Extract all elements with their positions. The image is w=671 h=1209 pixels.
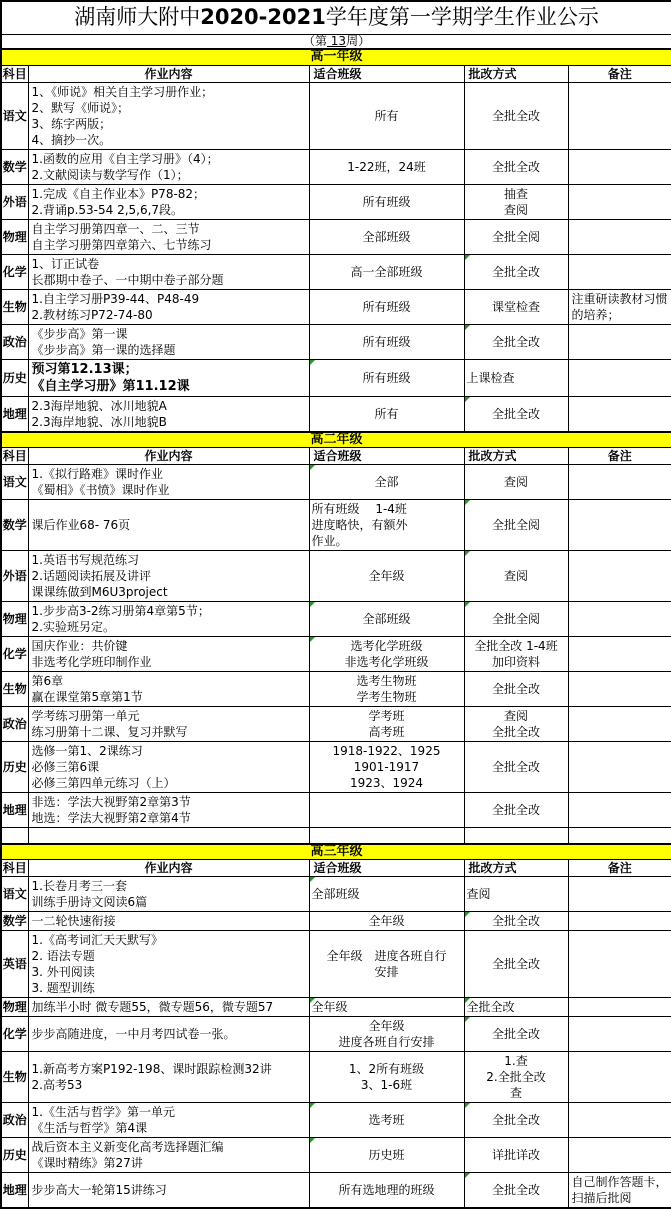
table-row: 英语1.《高考词汇天天默写》 2. 语法专题 3. 外刊阅读 3. 题型训练全年…: [1, 931, 671, 998]
table-row: 历史战后资本主义新变化高考选择题汇编 《课时精练》第27讲历史班详批详改: [1, 1138, 671, 1173]
note-cell: [568, 82, 671, 149]
cell-flag-icon: [465, 602, 470, 607]
note-cell: [568, 672, 671, 707]
grading-cell: 全批全改: [464, 1017, 568, 1052]
column-header-4: 备注: [568, 860, 671, 877]
section-row-2: 高三年级: [1, 844, 671, 860]
subject-cell: 政治: [1, 1103, 28, 1138]
table-row: 语文1、《师说》相关自主学习册作业； 2、默写《师说》； 3、练字两版； 4、摘…: [1, 82, 671, 149]
content-cell: 自主学习册第四章一、二、三节 自主学习册第四章第六、七节练习: [28, 219, 309, 254]
content-cell: 1.自主学习册P39-44、P48-49 2.教材练习P72-74-80: [28, 289, 309, 324]
classes-cell: 历史班: [309, 1138, 464, 1173]
section-band: 高三年级: [1, 844, 671, 860]
note-cell: [568, 912, 671, 931]
subject-cell: 语文: [1, 877, 28, 912]
week-number: 13: [327, 34, 346, 48]
note-cell: [568, 793, 671, 828]
column-header-1: 作业内容: [28, 860, 309, 877]
column-header-row: 科目作业内容适合班级批改方式备注: [1, 448, 671, 465]
column-header-3: 批改方式: [464, 65, 568, 82]
classes-cell: 全年级 进度各班自行 安排: [309, 931, 464, 998]
cell-flag-icon: [310, 360, 315, 365]
page-subtitle: （第 13周）: [1, 34, 671, 49]
content-cell: 1.《高考词汇天天默写》 2. 语法专题 3. 外刊阅读 3. 题型训练: [28, 931, 309, 998]
cell-flag-icon: [310, 1103, 315, 1108]
table-row: 数学一二轮快速衔接全年级全批全改: [1, 912, 671, 931]
note-cell: [568, 602, 671, 637]
content-cell: 1.完成《自主作业本》P78-82； 2.背诵p.53-54 2,5,6,7段。: [28, 184, 309, 219]
table-row: 外语1.英语书写规范练习 2.话题阅读拓展及讲评 课课练做到M6U3projec…: [1, 551, 671, 602]
grading-cell: 查阅: [464, 877, 568, 912]
note-cell: [568, 359, 671, 396]
title-rest: 学年度第一学期学生作业公示: [326, 5, 599, 29]
column-header-row: 科目作业内容适合班级批改方式备注: [1, 860, 671, 877]
table-row: 物理自主学习册第四章一、二、三节 自主学习册第四章第六、七节练习全部班级全批全阅: [1, 219, 671, 254]
grading-cell: 全批全改: [464, 1103, 568, 1138]
content-cell: 一二轮快速衔接: [28, 912, 309, 931]
content-cell: 《步步高》第一课 《步步高》第一课的选择题: [28, 324, 309, 359]
classes-cell: 所有班级: [309, 289, 464, 324]
cell-flag-icon: [310, 602, 315, 607]
content-cell: 1.函数的应用《自主学习册》（4）； 2.文献阅读与数学写作（1）；: [28, 149, 309, 184]
column-header-row: 科目作业内容适合班级批改方式备注: [1, 65, 671, 82]
table-row: 历史选修一第1、2课练习 必修三第6课 必修三第四单元练习（上）1918-192…: [1, 742, 671, 793]
column-header-0: 科目: [1, 65, 28, 82]
note-cell: [568, 1138, 671, 1173]
table-row: 地理步步高大一轮第15讲练习所有选地理的班级全批全改自己制作答题卡，扫描后批阅: [1, 1173, 671, 1209]
note-cell: [568, 742, 671, 793]
classes-cell: 全年级: [309, 912, 464, 931]
title-row: 湖南师大附中2020-2021学年度第一学期学生作业公示: [1, 1, 671, 34]
subject-cell: 化学: [1, 1017, 28, 1052]
cell-flag-icon: [465, 551, 470, 556]
table-row: 物理加练半小时 微专题55，微专题56，微专题57全年级全批全改: [1, 998, 671, 1017]
section-band: 高一年级: [1, 49, 671, 65]
subject-cell: 地理: [1, 396, 28, 432]
grading-cell: 查阅: [464, 551, 568, 602]
content-cell: 1.《拟行路难》课时作业 《蜀相》《书愤》课时作业: [28, 465, 309, 500]
classes-cell: 所有: [309, 82, 464, 149]
subject-cell: 外语: [1, 551, 28, 602]
grading-cell: 全批全改: [464, 149, 568, 184]
content-cell: 1.英语书写规范练习 2.话题阅读拓展及讲评 课课练做到M6U3project: [28, 551, 309, 602]
column-header-1: 作业内容: [28, 448, 309, 465]
spacer-row: [1, 828, 671, 844]
section-row-0: 高一年级: [1, 49, 671, 65]
grading-cell: 全批全改: [464, 793, 568, 828]
table-row: 政治1.《生活与哲学》第一单元 《生活与哲学》第4课选考班全批全改: [1, 1103, 671, 1138]
grading-cell: 全批全改: [464, 82, 568, 149]
table-row: 化学步步高随进度，一中月考四试卷一张。全年级 进度各班自行安排全批全改: [1, 1017, 671, 1052]
table-row: 政治《步步高》第一课 《步步高》第一课的选择题所有班级全批全改: [1, 324, 671, 359]
table-row: 语文1.长卷月考三一套 训练手册诗文阅读6篇全部班级查阅: [1, 877, 671, 912]
table-row: 地理2.3海岸地貌、冰川地貌A 2.3海岸地貌、冰川地貌B所有全批全改: [1, 396, 671, 432]
content-cell: 加练半小时 微专题55，微专题56，微专题57: [28, 998, 309, 1017]
note-cell: [568, 931, 671, 998]
subject-cell: 历史: [1, 742, 28, 793]
grading-cell: 查阅 全批全改: [464, 707, 568, 742]
classes-cell: 高一全部班级: [309, 254, 464, 289]
classes-cell: 1、2所有班级 3、1-6班: [309, 1052, 464, 1103]
classes-cell: 全年级 进度各班自行安排: [309, 1017, 464, 1052]
note-cell: [568, 1052, 671, 1103]
note-cell: [568, 998, 671, 1017]
column-header-4: 备注: [568, 448, 671, 465]
content-cell: 2.3海岸地貌、冰川地貌A 2.3海岸地貌、冰川地貌B: [28, 396, 309, 432]
column-header-0: 科目: [1, 860, 28, 877]
table-row: 语文1.《拟行路难》课时作业 《蜀相》《书愤》课时作业全部查阅: [1, 465, 671, 500]
grading-cell: 查阅: [464, 465, 568, 500]
classes-cell: 1-22班，24班: [309, 149, 464, 184]
subtitle-prefix: （第: [303, 34, 327, 48]
grading-cell: 全批全改: [464, 1173, 568, 1209]
homework-table-body: 湖南师大附中2020-2021学年度第一学期学生作业公示 （第 13周） 高一年…: [1, 1, 671, 1208]
classes-cell: 全部: [309, 465, 464, 500]
cell-flag-icon: [465, 397, 470, 402]
empty-cell: [464, 828, 568, 844]
column-header-2: 适合班级: [309, 860, 464, 877]
subject-cell: 数学: [1, 149, 28, 184]
section-band: 高二年级: [1, 432, 671, 448]
table-row: 数学1.函数的应用《自主学习册》（4）； 2.文献阅读与数学写作（1）；1-22…: [1, 149, 671, 184]
classes-cell: 学考班 高考班: [309, 707, 464, 742]
empty-cell: [568, 828, 671, 844]
classes-cell: 全部班级: [309, 219, 464, 254]
note-cell: [568, 149, 671, 184]
content-cell: 步步高大一轮第15讲练习: [28, 1173, 309, 1209]
subject-cell: 物理: [1, 602, 28, 637]
note-cell: [568, 707, 671, 742]
empty-cell: [1, 828, 28, 844]
section-row-1: 高二年级: [1, 432, 671, 448]
cell-flag-icon: [465, 325, 470, 330]
classes-cell: 所有: [309, 396, 464, 432]
grading-cell: 全批全阅: [464, 500, 568, 551]
classes-cell: 选考班: [309, 1103, 464, 1138]
table-row: 历史预习第12.13课； 《自主学习册》第11.12课所有班级上课检查: [1, 359, 671, 396]
subject-cell: 历史: [1, 1138, 28, 1173]
homework-table: 湖南师大附中2020-2021学年度第一学期学生作业公示 （第 13周） 高一年…: [0, 0, 671, 1209]
table-row: 物理1.步步高3-2练习册第4章第5节； 2.实验班另定。全部班级全批全阅: [1, 602, 671, 637]
note-cell: [568, 500, 671, 551]
cell-flag-icon: [310, 1138, 315, 1143]
grading-cell: 上课检查: [464, 359, 568, 396]
subject-cell: 生物: [1, 289, 28, 324]
content-cell: 预习第12.13课； 《自主学习册》第11.12课: [28, 359, 309, 396]
classes-cell: 全年级: [309, 551, 464, 602]
grading-cell: 全批全改: [464, 324, 568, 359]
classes-cell: [309, 793, 464, 828]
content-cell: 1、订正试卷 长郡期中卷子、一中期中卷子部分题: [28, 254, 309, 289]
subject-cell: 数学: [1, 912, 28, 931]
classes-cell: 所有选地理的班级: [309, 1173, 464, 1209]
column-header-2: 适合班级: [309, 448, 464, 465]
table-row: 数学课后作业68- 76页所有班级 1-4班 进度略快，有额外 作业。全批全阅: [1, 500, 671, 551]
subject-cell: 生物: [1, 672, 28, 707]
grading-cell: 全批全阅: [464, 602, 568, 637]
content-cell: 1.《生活与哲学》第一单元 《生活与哲学》第4课: [28, 1103, 309, 1138]
classes-cell: 所有班级: [309, 184, 464, 219]
note-cell: [568, 877, 671, 912]
content-cell: 选修一第1、2课练习 必修三第6课 必修三第四单元练习（上）: [28, 742, 309, 793]
cell-flag-icon: [310, 998, 315, 1003]
note-cell: [568, 396, 671, 432]
grading-cell: 全批全改: [464, 912, 568, 931]
grading-cell: 全批全改: [464, 396, 568, 432]
grading-cell: 全批全改 1-4班 加印资料: [464, 637, 568, 672]
classes-cell: 所有班级: [309, 324, 464, 359]
note-cell: 自己制作答题卡，扫描后批阅: [568, 1173, 671, 1209]
column-header-0: 科目: [1, 448, 28, 465]
classes-cell: 全年级: [309, 998, 464, 1017]
grading-cell: 全批全阅: [464, 219, 568, 254]
content-cell: 步步高随进度，一中月考四试卷一张。: [28, 1017, 309, 1052]
subject-cell: 地理: [1, 793, 28, 828]
subject-cell: 政治: [1, 707, 28, 742]
content-cell: 国庆作业：共价键 非选考化学班印制作业: [28, 637, 309, 672]
content-cell: 1.新高考方案P192-198、课时跟踪检测32讲 2.高考53: [28, 1052, 309, 1103]
subject-cell: 化学: [1, 254, 28, 289]
title-years: 2020-2021: [200, 5, 326, 29]
classes-cell: 全部班级: [309, 602, 464, 637]
empty-cell: [309, 828, 464, 844]
subject-cell: 历史: [1, 359, 28, 396]
table-row: 化学1、订正试卷 长郡期中卷子、一中期中卷子部分题高一全部班级全批全改: [1, 254, 671, 289]
subtitle-suffix: 周）: [346, 34, 370, 48]
cell-flag-icon: [465, 1173, 470, 1178]
note-cell: 注重研读教材习惯的培养；: [568, 289, 671, 324]
empty-cell: [28, 828, 309, 844]
subject-cell: 外语: [1, 184, 28, 219]
title-school: 湖南师大附中: [74, 5, 200, 29]
table-row: 生物第6章 赢在课堂第5章第1节选考生物班 学考生物班全批全改: [1, 672, 671, 707]
content-cell: 1.步步高3-2练习册第4章第5节； 2.实验班另定。: [28, 602, 309, 637]
column-header-2: 适合班级: [309, 65, 464, 82]
cell-flag-icon: [465, 255, 470, 260]
classes-cell: 1918-1922、1925 1901-1917 1923、1924: [309, 742, 464, 793]
table-row: 地理非选：学法大视野第2章第3节 地选：学法大视野第2章第4节全批全改: [1, 793, 671, 828]
table-row: 生物1.自主学习册P39-44、P48-49 2.教材练习P72-74-80所有…: [1, 289, 671, 324]
content-cell: 战后资本主义新变化高考选择题汇编 《课时精练》第27讲: [28, 1138, 309, 1173]
note-cell: [568, 1017, 671, 1052]
subject-cell: 数学: [1, 500, 28, 551]
note-cell: [568, 1103, 671, 1138]
grading-cell: 1.查 2.全批全改 查: [464, 1052, 568, 1103]
cell-flag-icon: [465, 998, 470, 1003]
subtitle-row: （第 13周）: [1, 34, 671, 49]
grading-cell: 全批全改: [464, 254, 568, 289]
grading-cell: 抽查 查阅: [464, 184, 568, 219]
note-cell: [568, 637, 671, 672]
grading-cell: 全批全改: [464, 931, 568, 998]
content-cell: 课后作业68- 76页: [28, 500, 309, 551]
content-cell: 非选：学法大视野第2章第3节 地选：学法大视野第2章第4节: [28, 793, 309, 828]
content-cell: 1.长卷月考三一套 训练手册诗文阅读6篇: [28, 877, 309, 912]
classes-cell: 选考生物班 学考生物班: [309, 672, 464, 707]
column-header-1: 作业内容: [28, 65, 309, 82]
subject-cell: 政治: [1, 324, 28, 359]
classes-cell: 选考化学班级 非选考化学班级: [309, 637, 464, 672]
grading-cell: 详批详改: [464, 1138, 568, 1173]
subject-cell: 英语: [1, 931, 28, 998]
note-cell: [568, 219, 671, 254]
cell-flag-icon: [310, 465, 315, 470]
classes-cell: 全部班级: [309, 877, 464, 912]
grading-cell: 全批全改: [464, 998, 568, 1017]
note-cell: [568, 324, 671, 359]
subject-cell: 化学: [1, 637, 28, 672]
content-cell: 1、《师说》相关自主学习册作业； 2、默写《师说》； 3、练字两版； 4、摘抄一…: [28, 82, 309, 149]
subject-cell: 物理: [1, 219, 28, 254]
content-cell: 第6章 赢在课堂第5章第1节: [28, 672, 309, 707]
subject-cell: 语文: [1, 465, 28, 500]
classes-cell: 所有班级 1-4班 进度略快，有额外 作业。: [309, 500, 464, 551]
subject-cell: 物理: [1, 998, 28, 1017]
subject-cell: 语文: [1, 82, 28, 149]
content-cell: 学考练习册第一单元 练习册第十二课、复习并默写: [28, 707, 309, 742]
table-row: 化学国庆作业：共价键 非选考化学班印制作业选考化学班级 非选考化学班级全批全改 …: [1, 637, 671, 672]
cell-flag-icon: [465, 1103, 470, 1108]
cell-flag-icon: [465, 912, 470, 917]
column-header-3: 批改方式: [464, 448, 568, 465]
grading-cell: 全批全改: [464, 742, 568, 793]
cell-flag-icon: [310, 637, 315, 642]
subject-cell: 生物: [1, 1052, 28, 1103]
note-cell: [568, 465, 671, 500]
subject-cell: 地理: [1, 1173, 28, 1209]
column-header-4: 备注: [568, 65, 671, 82]
note-cell: [568, 551, 671, 602]
page-title: 湖南师大附中2020-2021学年度第一学期学生作业公示: [1, 1, 671, 34]
table-row: 生物1.新高考方案P192-198、课时跟踪检测32讲 2.高考531、2所有班…: [1, 1052, 671, 1103]
cell-flag-icon: [310, 877, 315, 882]
column-header-3: 批改方式: [464, 860, 568, 877]
grading-cell: 全批全改: [464, 672, 568, 707]
table-row: 外语1.完成《自主作业本》P78-82； 2.背诵p.53-54 2,5,6,7…: [1, 184, 671, 219]
grading-cell: 课堂检查: [464, 289, 568, 324]
note-cell: [568, 184, 671, 219]
cell-flag-icon: [465, 1017, 470, 1022]
cell-flag-icon: [465, 500, 470, 505]
table-row: 政治学考练习册第一单元 练习册第十二课、复习并默写学考班 高考班查阅 全批全改: [1, 707, 671, 742]
classes-cell: 所有班级: [309, 359, 464, 396]
note-cell: [568, 254, 671, 289]
